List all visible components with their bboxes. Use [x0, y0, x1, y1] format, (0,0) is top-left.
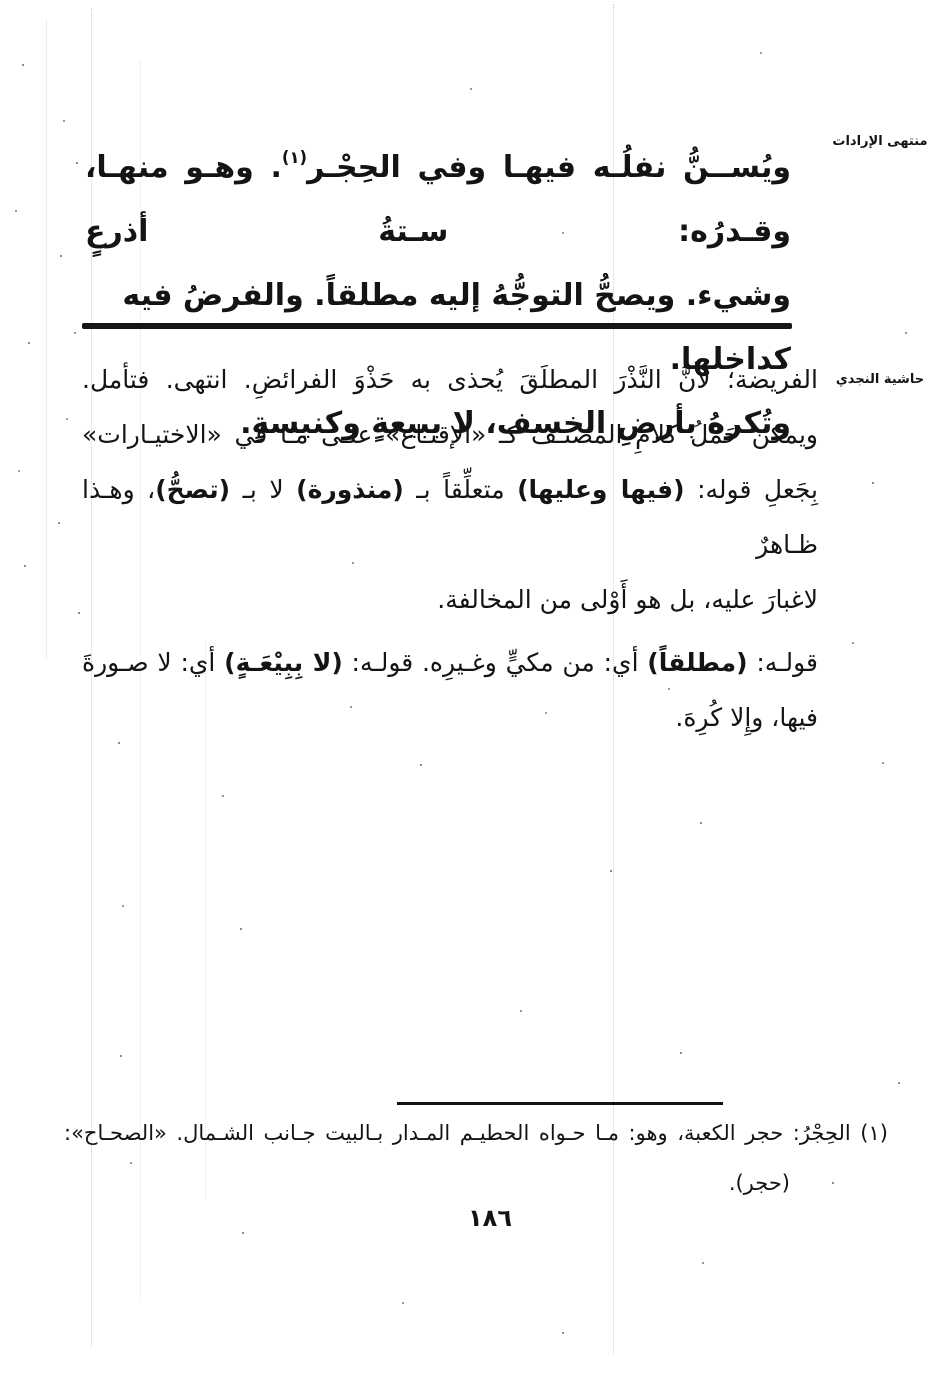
text-run: أي: من مكيٍّ وغـيرِه. قولـه: [343, 648, 648, 677]
text-line: ويمكن حَمْلُ كلامِ المصنـف كـ «الإقنـاع»… [82, 407, 818, 462]
matn-commentary-divider [82, 323, 792, 329]
margin-label-hashiya: حاشية النجدي [822, 372, 938, 387]
text-line: ويُســنُّ نفلُـه فيهـا وفي الحِجْـر(١). … [85, 126, 791, 264]
text-line: قولـه: (مطلقاً) أي: من مكيٍّ وغـيرِه. قو… [82, 635, 818, 690]
page-number: ١٨٦ [380, 1204, 600, 1232]
text-line: الفريضة؛ لأَنَّ النَّذْرَ المطلَقَ يُحذى… [82, 352, 818, 407]
scan-noise-line [46, 20, 47, 660]
text-run: أي: لا صـورةَ [82, 648, 224, 677]
text-line: (حجر). [64, 1158, 888, 1208]
text-line: فيها، وإِلا كُرِهَ. [82, 690, 818, 745]
text-run: لاغبارَ عليه، بل هو أَوْلى من المخالفة. [437, 585, 818, 614]
margin-label-matn: منتهى الإرادات [822, 134, 938, 149]
text-run: لا بـ [230, 475, 296, 504]
text-run: قولـه: [748, 648, 818, 677]
text-line: بِجَعلِ قوله: (فيها وعليها) متعلِّقاً بـ… [82, 462, 818, 572]
footnote-marker: (١) [282, 148, 307, 167]
text-run: (منذورة) [296, 475, 404, 504]
text-run: متعلِّقاً بـ [404, 475, 517, 504]
text-line: (١) الحِجْرُ: حجر الكعبة، وهو: مـا حـواه… [64, 1108, 888, 1158]
text-run: (لا بِبِيْعَـةٍ) [224, 648, 343, 677]
text-run: ويُســنُّ نفلُـه فيهـا وفي الحِجْـر [307, 150, 791, 185]
text-run: (فيها وعليها) [517, 475, 685, 504]
footnote-block: (١) الحِجْرُ: حجر الكعبة، وهو: مـا حـواه… [64, 1108, 888, 1208]
text-run: بِجَعلِ قوله: [685, 475, 818, 504]
text-run: (١) الحِجْرُ: حجر الكعبة، وهو: مـا حـواه… [64, 1121, 888, 1145]
text-run: الفريضة؛ لأَنَّ النَّذْرَ المطلَقَ يُحذى… [82, 365, 818, 394]
commentary-text-block: الفريضة؛ لأَنَّ النَّذْرَ المطلَقَ يُحذى… [82, 352, 818, 745]
text-run: فيها، وإِلا كُرِهَ. [675, 703, 818, 732]
text-line: لاغبارَ عليه، بل هو أَوْلى من المخالفة. [82, 572, 818, 627]
text-run: ويمكن حَمْلُ كلامِ المصنـف كـ «الإقنـاع»… [82, 420, 818, 449]
text-run: (مطلقاً) [647, 648, 747, 677]
text-run: (تصحُّ) [155, 475, 230, 504]
footnote-divider [397, 1102, 723, 1105]
scan-noise-speckles [0, 0, 2, 2]
book-page: منتهى الإرادات حاشية النجدي ويُســنُّ نف… [0, 0, 943, 1373]
text-run: (حجر). [729, 1171, 790, 1195]
